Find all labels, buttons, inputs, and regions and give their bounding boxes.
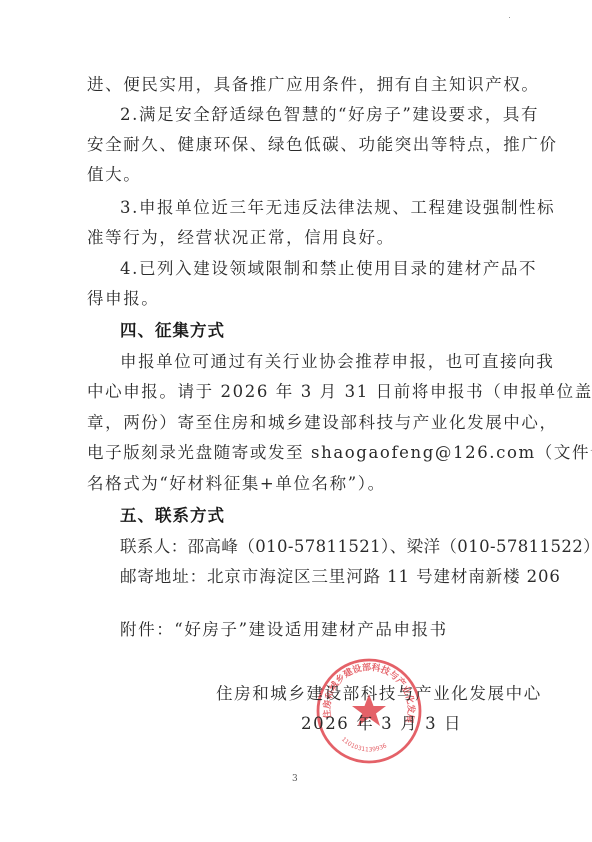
- paragraph-line: 中心申报。请于 2026 年 3 月 31 日前将申报书（申报单位盖: [87, 382, 507, 402]
- paragraph-line: 进、便民实用，具备推广应用条件，拥有自主知识产权。: [87, 75, 507, 95]
- paragraph-line: 章，两份）寄至住房和城乡建设部科技与产业化发展中心，: [87, 413, 507, 433]
- paragraph-line-email: 电子版刻录光盘随寄或发至 shaogaofeng@126.com（文件命: [87, 443, 507, 463]
- requirement-2: 2.满足安全舒适绿色智慧的“好房子”建设要求，具有: [120, 105, 540, 125]
- page-number: 3: [292, 774, 298, 784]
- paragraph-line: 值大。: [87, 165, 507, 185]
- requirement-3: 3.申报单位近三年无违反法律法规、工程建设强制性标: [120, 198, 540, 218]
- requirement-4: 4.已列入建设领域限制和禁止使用目录的建材产品不: [120, 259, 540, 279]
- section-heading-collection-method: 四、征集方式: [120, 321, 540, 341]
- document-page: 进、便民实用，具备推广应用条件，拥有自主知识产权。 2.满足安全舒适绿色智慧的“…: [0, 0, 592, 842]
- scan-artifact-dot: [509, 17, 510, 18]
- attachment-note: 附件：“好房子”建设适用建材产品申报书: [120, 620, 540, 640]
- paragraph-line: 安全耐久、健康环保、绿色低碳、功能突出等特点，推广价: [87, 135, 507, 155]
- paragraph-line: 申报单位可通过有关行业协会推荐申报，也可直接向我: [120, 352, 540, 372]
- paragraph-line: 准等行为，经营状况正常，信用良好。: [87, 228, 507, 248]
- contact-persons: 联系人：邵高峰（010-57811521）、梁洋（010-57811522）: [120, 537, 540, 557]
- signature-organization: 住房和城乡建设部科技与产业化发展中心: [216, 680, 542, 704]
- section-heading-contact: 五、联系方式: [120, 506, 540, 526]
- svg-text:1101031139936: 1101031139936: [340, 736, 388, 754]
- paragraph-line: 名格式为“好材料征集+单位名称”）。: [87, 474, 507, 494]
- signature-date: 2026 年 3 月 3 日: [301, 710, 462, 734]
- mailing-address: 邮寄地址：北京市海淀区三里河路 11 号建材南新楼 206: [120, 567, 540, 587]
- paragraph-line: 得申报。: [87, 289, 507, 309]
